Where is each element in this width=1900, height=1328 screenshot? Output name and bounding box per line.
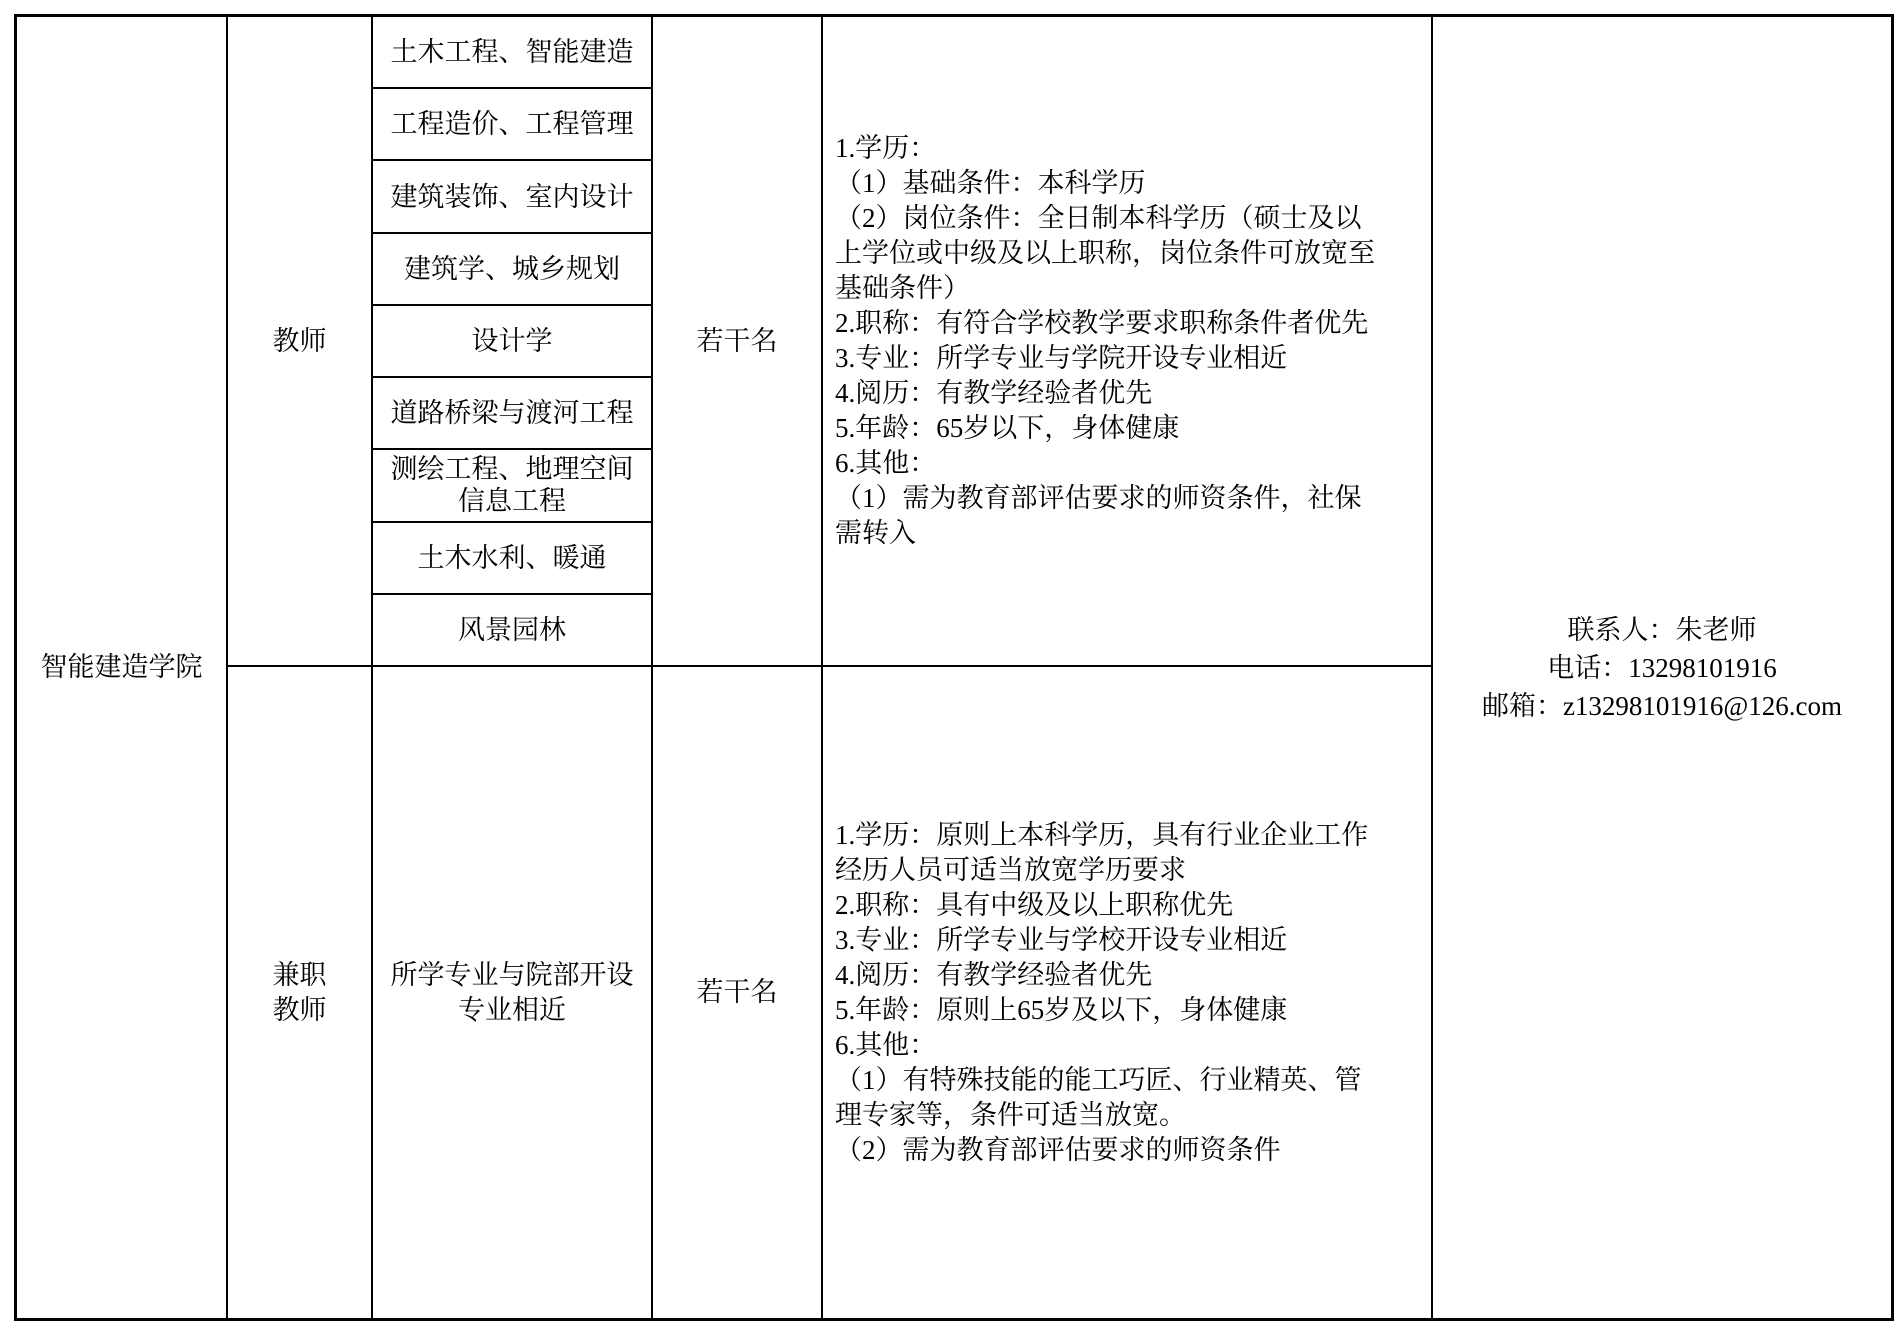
major-item: 测绘工程、地理空间 信息工程 [373,450,651,522]
headcount-cell-parttime: 若干名 [653,667,823,1318]
college-name-cell: 智能建造学院 [17,17,228,1318]
headcount-cell-teacher: 若干名 [653,17,823,667]
majors-list-teacher: 土木工程、智能建造 工程造价、工程管理 建筑装饰、室内设计 建筑学、城乡规划 设… [373,17,653,667]
document-page: 智能建造学院 教师 土木工程、智能建造 工程造价、工程管理 建筑装饰、室内设计 … [0,0,1900,1328]
majors-note-parttime: 所学专业与院部开设 专业相近 [373,667,653,1318]
major-item: 设计学 [373,306,651,378]
major-item: 建筑装饰、室内设计 [373,161,651,233]
position-cell-parttime-teacher: 兼职 教师 [228,667,373,1318]
major-item: 道路桥梁与渡河工程 [373,378,651,450]
major-item: 工程造价、工程管理 [373,89,651,161]
major-item: 建筑学、城乡规划 [373,234,651,306]
recruitment-table: 智能建造学院 教师 土木工程、智能建造 工程造价、工程管理 建筑装饰、室内设计 … [14,14,1894,1321]
requirements-cell-parttime: 1.学历：原则上本科学历，具有行业企业工作 经历人员可适当放宽学历要求 2.职称… [823,667,1433,1318]
requirements-cell-teacher: 1.学历： （1）基础条件：本科学历 （2）岗位条件：全日制本科学历（硕士及以 … [823,17,1433,667]
position-cell-teacher: 教师 [228,17,373,667]
major-item: 土木工程、智能建造 [373,17,651,89]
major-item: 风景园林 [373,595,651,665]
contact-info-cell: 联系人：朱老师 电话：13298101916 邮箱：z13298101916@1… [1433,17,1891,1318]
major-item: 土木水利、暖通 [373,523,651,595]
